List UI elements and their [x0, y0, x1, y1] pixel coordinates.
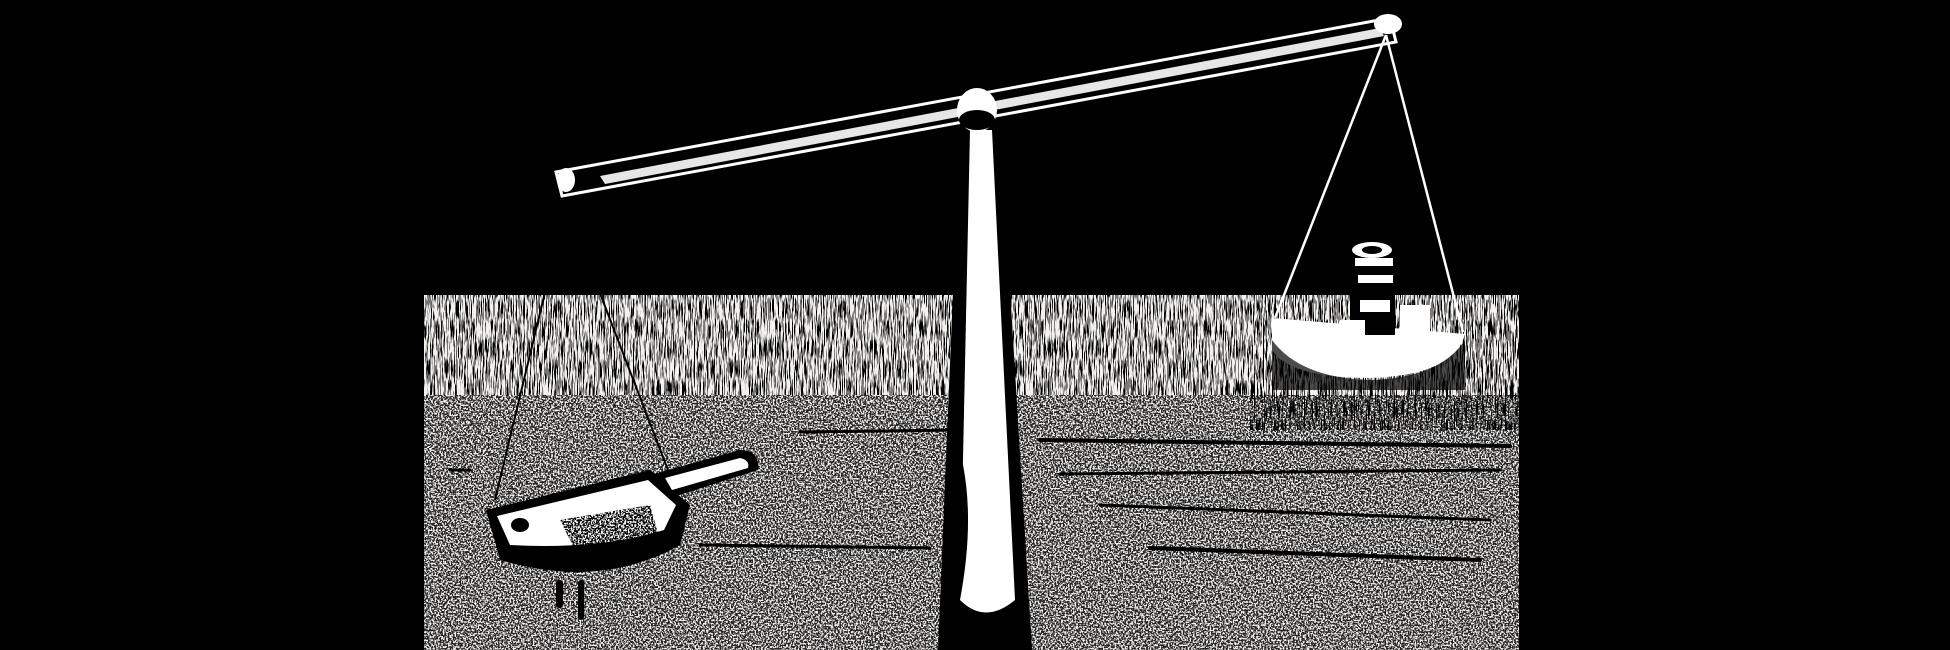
- balance-scale-illustration: [0, 0, 1950, 650]
